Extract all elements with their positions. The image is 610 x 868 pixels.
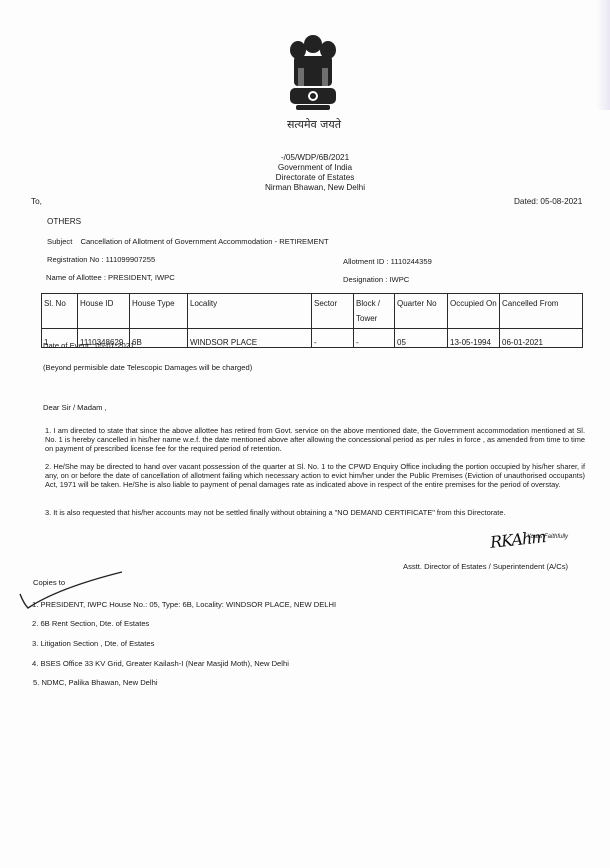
allotment-id: Allotment ID : 1110244359 bbox=[343, 257, 432, 266]
table-header-row: Sl. No House ID House Type Locality Sect… bbox=[42, 294, 583, 329]
col-locality: Locality bbox=[188, 294, 312, 329]
file-reference: -/05/WDP/6B/2021 bbox=[230, 153, 400, 163]
designation: Designation : IWPC bbox=[343, 275, 409, 284]
copy-item: 2. 6B Rent Section, Dte. of Estates bbox=[32, 619, 149, 628]
cell-locality: WINDSOR PLACE bbox=[188, 329, 312, 348]
emblem-motto: सत्यमेव जयते bbox=[278, 117, 350, 132]
damages-note: (Beyond permisible date Telescopic Damag… bbox=[43, 363, 252, 372]
copy-item: 5. NDMC, Palika Bhawan, New Delhi bbox=[33, 678, 158, 687]
org-government: Government of India bbox=[230, 163, 400, 173]
subject-line: Subject Cancellation of Allotment of Gov… bbox=[47, 237, 329, 246]
col-quarter-no: Quarter No bbox=[395, 294, 448, 329]
cell-block-tower: - bbox=[354, 329, 395, 348]
date-of-event: Date of Event : 05-01-2021 bbox=[43, 341, 134, 350]
paragraph-2: 2. He/She may be directed to hand over v… bbox=[45, 462, 585, 489]
copy-item: 3. Litigation Section , Dte. of Estates bbox=[32, 639, 154, 648]
cell-occupied-on: 13-05-1994 bbox=[448, 329, 500, 348]
closing-yours-faithfully: Yours Faithfully bbox=[527, 534, 568, 540]
national-emblem-icon bbox=[286, 28, 340, 116]
signatory-designation: Asstt. Director of Estates / Superintend… bbox=[403, 562, 568, 571]
col-block-tower: Block / Tower bbox=[354, 294, 395, 329]
copies-to-label: Copies to bbox=[33, 578, 65, 587]
cell-cancelled-from: 06-01-2021 bbox=[500, 329, 583, 348]
to-label: To, bbox=[31, 197, 42, 206]
allottee-name: Name of Allottee : PRESIDENT, IWPC bbox=[46, 273, 175, 282]
letterhead: -/05/WDP/6B/2021 Government of India Dir… bbox=[230, 153, 400, 193]
org-directorate: Directorate of Estates bbox=[230, 173, 400, 183]
cell-quarter-no: 05 bbox=[395, 329, 448, 348]
col-sector: Sector bbox=[312, 294, 354, 329]
paragraph-1: 1. I am directed to state that since the… bbox=[45, 426, 585, 453]
allotment-table: Sl. No House ID House Type Locality Sect… bbox=[41, 293, 583, 348]
scan-edge-shadow bbox=[596, 0, 610, 110]
subject-label: Subject bbox=[47, 237, 72, 246]
dated: Dated: 05-08-2021 bbox=[514, 197, 582, 206]
salutation: Dear Sir / Madam , bbox=[43, 403, 107, 412]
copy-item: 1. PRESIDENT, IWPC House No.: 05, Type: … bbox=[32, 600, 336, 609]
copy-item: 4. BSES Office 33 KV Grid, Greater Kaila… bbox=[32, 659, 289, 668]
col-sl-no: Sl. No bbox=[42, 294, 78, 329]
col-occupied-on: Occupied On bbox=[448, 294, 500, 329]
cell-sector: - bbox=[312, 329, 354, 348]
col-cancelled-from: Cancelled From bbox=[500, 294, 583, 329]
paragraph-3: 3. It is also requested that his/her acc… bbox=[45, 508, 585, 517]
col-house-id: House ID bbox=[78, 294, 130, 329]
org-address: Nirman Bhawan, New Delhi bbox=[230, 183, 400, 193]
cell-house-type: 6B bbox=[130, 329, 188, 348]
subject-text: Cancellation of Allotment of Government … bbox=[80, 237, 328, 246]
registration-no: Registration No : 111099907255 bbox=[47, 255, 155, 264]
col-house-type: House Type bbox=[130, 294, 188, 329]
recipient: OTHERS bbox=[47, 217, 81, 226]
